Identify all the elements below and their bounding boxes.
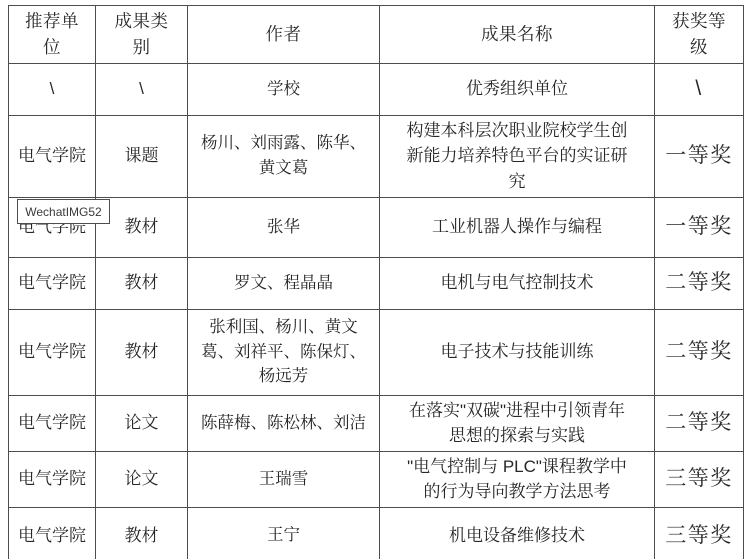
table-row: 电气学院 教材 罗文、程晶晶 电机与电气控制技术 二等奖 <box>9 257 744 309</box>
table-row: 电气学院 论文 陈薛梅、陈松林、刘洁 在落实"双碳"进程中引领青年思想的探索与实… <box>9 395 744 451</box>
col-header-authors: 作者 <box>188 6 380 64</box>
cell-title: 构建本科层次职业院校学生创新能力培养特色平台的实证研究 <box>380 115 655 197</box>
filename-tooltip: WechatIMG52 <box>17 199 110 224</box>
cell-category: 教材 <box>96 507 188 559</box>
cell-award: 一等奖 <box>655 197 744 257</box>
cell-award: 二等奖 <box>655 257 744 309</box>
cell-unit: 电气学院 <box>9 507 96 559</box>
cell-authors: 王瑞雪 <box>188 451 380 507</box>
cell-unit: \ <box>9 63 96 115</box>
cell-category: \ <box>96 63 188 115</box>
cell-unit: 电气学院 <box>9 451 96 507</box>
award-results-table: 推荐单位 成果类别 作者 成果名称 获奖等级 \ \ 学校 优秀组织单位 \ 电… <box>8 5 744 559</box>
cell-category: 教材 <box>96 309 188 395</box>
cell-title: 电机与电气控制技术 <box>380 257 655 309</box>
cell-unit: 电气学院 <box>9 257 96 309</box>
table-header-row: 推荐单位 成果类别 作者 成果名称 获奖等级 <box>9 6 744 64</box>
cell-title: 工业机器人操作与编程 <box>380 197 655 257</box>
document-page: 推荐单位 成果类别 作者 成果名称 获奖等级 \ \ 学校 优秀组织单位 \ 电… <box>0 0 752 559</box>
cell-award: 二等奖 <box>655 395 744 451</box>
cell-award: 二等奖 <box>655 309 744 395</box>
col-header-unit: 推荐单位 <box>9 6 96 64</box>
table-row: 电气学院 教材 张利国、杨川、黄文葛、刘祥平、陈保灯、杨远芳 电子技术与技能训练… <box>9 309 744 395</box>
cell-unit: 电气学院 <box>9 115 96 197</box>
cell-authors: 罗文、程晶晶 <box>188 257 380 309</box>
cell-authors: 张华 <box>188 197 380 257</box>
col-header-title: 成果名称 <box>380 6 655 64</box>
cell-title: 优秀组织单位 <box>380 63 655 115</box>
cell-title: 在落实"双碳"进程中引领青年思想的探索与实践 <box>380 395 655 451</box>
cell-category: 教材 <box>96 257 188 309</box>
cell-category: 论文 <box>96 451 188 507</box>
table-row: 电气学院 课题 杨川、刘雨露、陈华、黄文葛 构建本科层次职业院校学生创新能力培养… <box>9 115 744 197</box>
cell-category: 课题 <box>96 115 188 197</box>
cell-authors: 张利国、杨川、黄文葛、刘祥平、陈保灯、杨远芳 <box>188 309 380 395</box>
cell-award: \ <box>655 63 744 115</box>
cell-award: 一等奖 <box>655 115 744 197</box>
cell-category: 论文 <box>96 395 188 451</box>
cell-title: 机电设备维修技术 <box>380 507 655 559</box>
table-row: \ \ 学校 优秀组织单位 \ <box>9 63 744 115</box>
cell-title: "电气控制与 PLC"课程教学中的行为导向教学方法思考 <box>380 451 655 507</box>
cell-award: 三等奖 <box>655 507 744 559</box>
cell-unit: 电气学院 <box>9 395 96 451</box>
table-row: 电气学院 教材 王宁 机电设备维修技术 三等奖 <box>9 507 744 559</box>
cell-authors: 陈薛梅、陈松林、刘洁 <box>188 395 380 451</box>
cell-authors: 杨川、刘雨露、陈华、黄文葛 <box>188 115 380 197</box>
col-header-category: 成果类别 <box>96 6 188 64</box>
cell-authors: 学校 <box>188 63 380 115</box>
col-header-award: 获奖等级 <box>655 6 744 64</box>
table-row: 电气学院 教材 张华 工业机器人操作与编程 一等奖 <box>9 197 744 257</box>
cell-unit: 电气学院 <box>9 309 96 395</box>
cell-title: 电子技术与技能训练 <box>380 309 655 395</box>
cell-authors: 王宁 <box>188 507 380 559</box>
table-row: 电气学院 论文 王瑞雪 "电气控制与 PLC"课程教学中的行为导向教学方法思考 … <box>9 451 744 507</box>
cell-award: 三等奖 <box>655 451 744 507</box>
